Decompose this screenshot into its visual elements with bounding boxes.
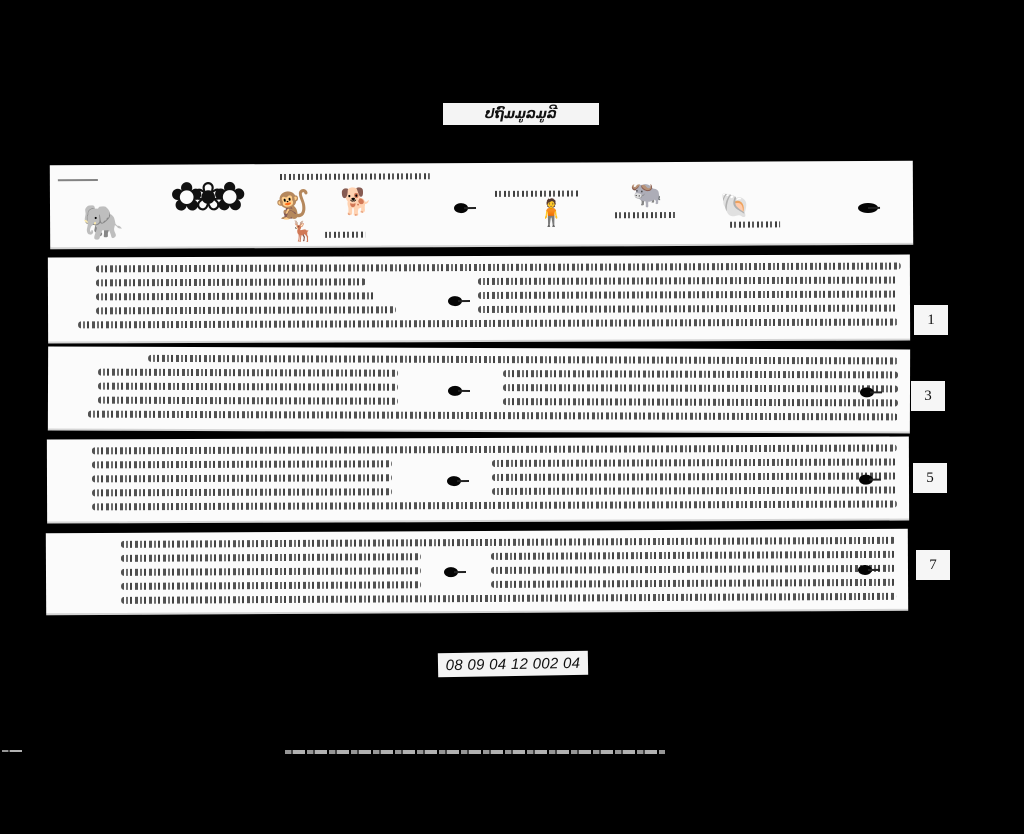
binding-hole bbox=[860, 387, 874, 397]
page-number-tag: 3 bbox=[911, 381, 945, 411]
animal-illustration: 🐕 bbox=[340, 188, 373, 218]
palm-leaf-3 bbox=[48, 346, 910, 433]
human-figure-illustration: 🧍 bbox=[535, 199, 568, 229]
manuscript-title-label: ປຖົມມູລມູລີ bbox=[443, 103, 599, 125]
page-number-tag: 7 bbox=[916, 550, 950, 580]
binding-hole bbox=[448, 386, 462, 396]
palm-leaf-1 bbox=[48, 254, 910, 343]
monkey-illustration: 🐒 bbox=[275, 188, 310, 221]
elephant-illustration: 🐘 bbox=[82, 203, 125, 243]
rider-illustration: 🐃 bbox=[630, 180, 663, 210]
binding-hole bbox=[454, 203, 468, 213]
binding-hole bbox=[444, 567, 458, 577]
binding-hole bbox=[859, 475, 873, 485]
scan-artifact bbox=[285, 750, 665, 754]
palm-leaf-7 bbox=[46, 529, 908, 616]
page-number-tag: 5 bbox=[913, 463, 947, 493]
binding-hole bbox=[858, 203, 878, 213]
scan-artifact bbox=[2, 750, 22, 752]
lotus-illustration: ✿❀✿ bbox=[170, 174, 235, 220]
conch-illustration: 🐚 bbox=[720, 192, 750, 220]
binding-hole bbox=[858, 565, 872, 575]
binding-hole bbox=[448, 296, 462, 306]
page-number-tag: 1 bbox=[914, 305, 948, 335]
binding-hole bbox=[447, 476, 461, 486]
palm-leaf-cover: 🐘 ✿❀✿ 🐒 🐕 🦌 🧍 🐃 🐚 bbox=[50, 161, 913, 250]
manuscript-identifier-label: 08 09 04 12 002 04 bbox=[438, 651, 588, 678]
palm-leaf-5 bbox=[47, 436, 909, 523]
deer-illustration: 🦌 bbox=[290, 219, 315, 243]
